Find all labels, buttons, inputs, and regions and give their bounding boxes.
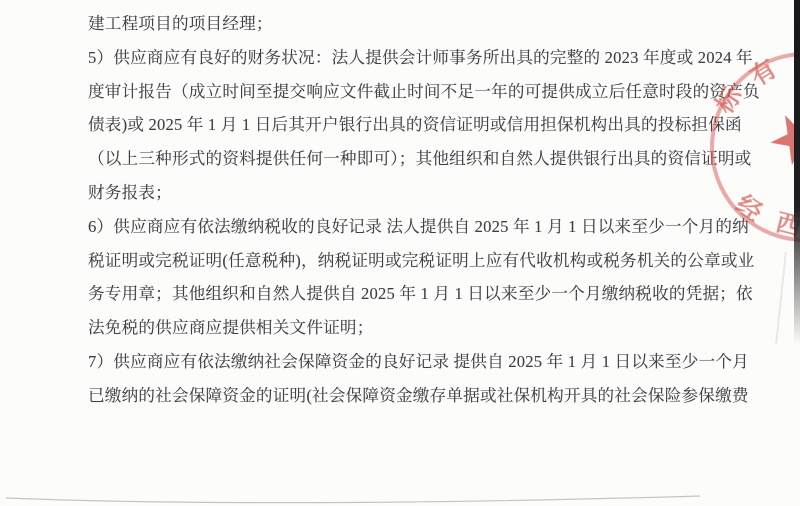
document-text-block: 建工程项目的项目经理； 5）供应商应有良好的财务状况：法人提供会计师事务所出具的… <box>88 7 778 413</box>
scan-edge-shadow-right <box>794 0 800 345</box>
scanned-document-page: 建工程项目的项目经理； 5）供应商应有良好的财务状况：法人提供会计师事务所出具的… <box>0 0 800 506</box>
text-line: （以上三种形式的资料提供任何一种即可）；其他组织和自然人提供银行出具的资信证明或 <box>88 142 778 176</box>
text-line: 法免税的供应商应提供相关文件证明； <box>88 311 778 345</box>
text-line: 度审计报告（成立时间至提交响应文件截止时间不足一年的可提供成立后任意时段的资产负 <box>88 75 778 109</box>
text-line: 6）供应商应有依法缴纳税收的良好记录 法人提供自 2025 年 1 月 1 日以… <box>88 210 778 244</box>
text-line: 财务报表； <box>88 176 778 210</box>
text-line: 7）供应商应有依法缴纳社会保障资金的良好记录 提供自 2025 年 1 月 1 … <box>88 345 778 379</box>
text-line: 已缴纳的社会保障资金的证明(社会保障资金缴存单据或社保机构开具的社会保险参保缴费 <box>88 379 778 413</box>
text-line: 债表)或 2025 年 1 月 1 日后其开户银行出具的资信证明或信用担保机构出… <box>88 108 778 142</box>
text-line: 5）供应商应有良好的财务状况：法人提供会计师事务所出具的完整的 2023 年度或… <box>88 41 778 75</box>
text-line: 税证明或完税证明(任意税种)，纳税证明或完税证明上应有代收机构或税务机关的公章或… <box>88 244 778 278</box>
page-bottom-edge <box>0 492 800 506</box>
text-line: 建工程项目的项目经理； <box>88 7 778 41</box>
text-line: 务专用章；其他组织和自然人提供自 2025 年 1 月 1 日以来至少一个月缴纳… <box>88 277 778 311</box>
